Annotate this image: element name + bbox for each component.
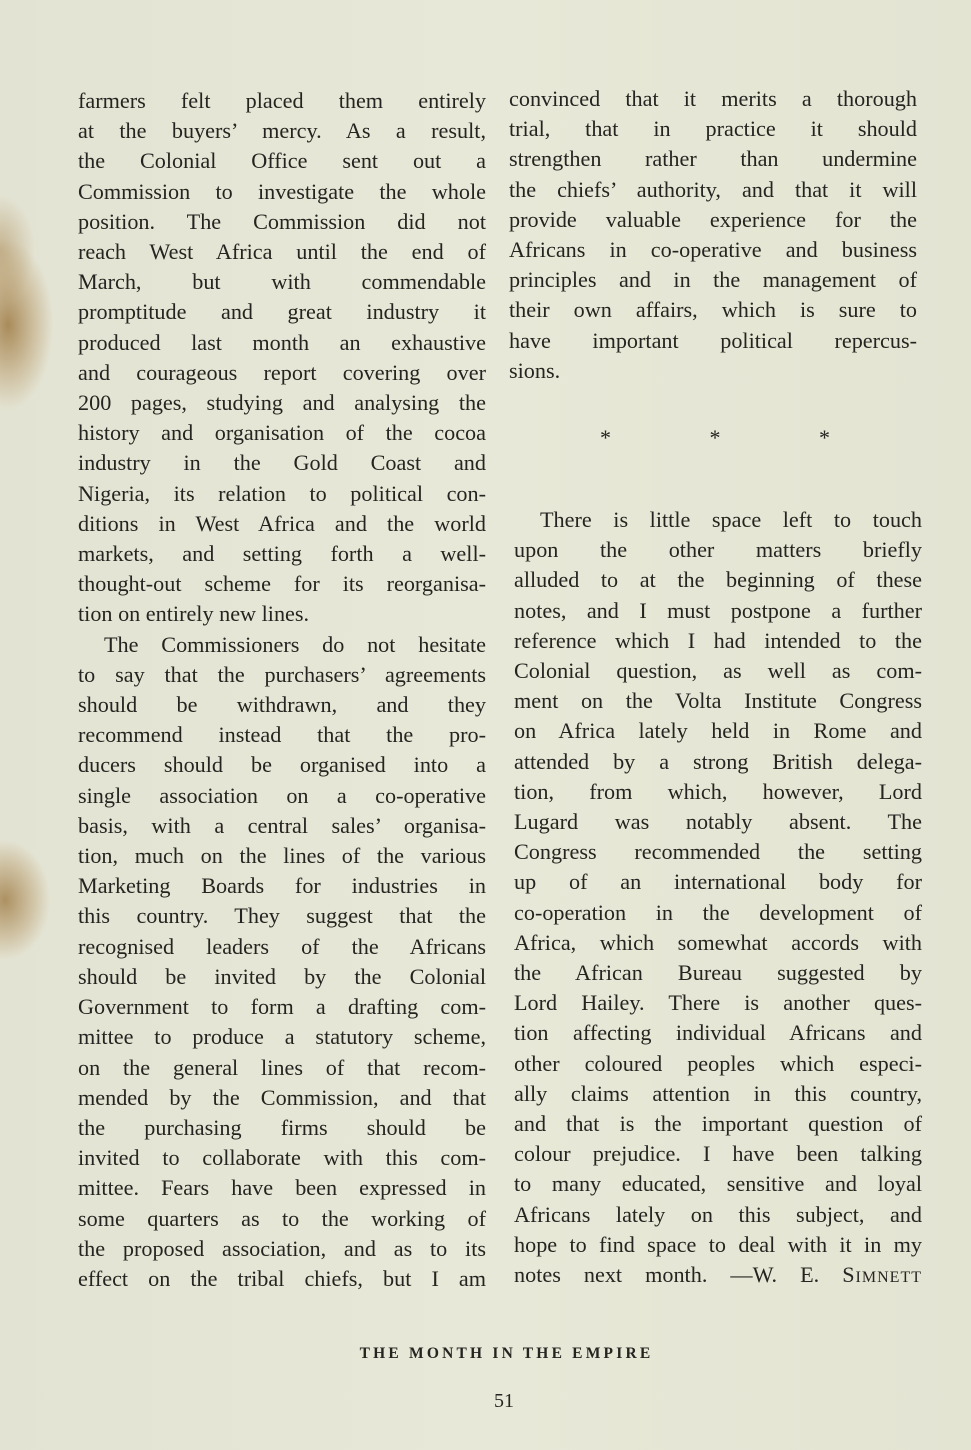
text-line: produced last month an exhaustive xyxy=(78,328,486,358)
text-line: colour prejudice. I have been talking xyxy=(514,1139,922,1169)
text-line: and courageous report covering over xyxy=(78,358,486,388)
text-line: Africa, which somewhat accords with xyxy=(514,928,922,958)
text-line: should be invited by the Colonial xyxy=(78,962,486,992)
text-line: the purchasing firms should be xyxy=(78,1113,486,1143)
text-line: mended by the Commission, and that xyxy=(78,1083,486,1113)
text-line: Colonial question, as well as com- xyxy=(514,656,922,686)
text-line: sions. xyxy=(509,356,917,386)
right-column-bottom: There is little space left to touchupon … xyxy=(514,505,922,1290)
text-line: Lord Hailey. There is another ques- xyxy=(514,988,922,1018)
right-paragraph-1: convinced that it merits a thoroughtrial… xyxy=(509,84,917,386)
text-line: on the general lines of that recom- xyxy=(78,1053,486,1083)
text-line: industry in the Gold Coast and xyxy=(78,448,486,478)
right-column-top: convinced that it merits a thoroughtrial… xyxy=(509,84,917,386)
left-paragraph-1: farmers felt placed them entirelyat the … xyxy=(78,86,486,630)
text-line: and that is the important question of xyxy=(514,1109,922,1139)
text-line: the Colonial Office sent out a xyxy=(78,146,486,176)
left-paragraph-2: The Commissioners do not hesitateto say … xyxy=(78,630,486,1294)
text-line: March, but with commendable xyxy=(78,267,486,297)
text-line: promptitude and great industry it xyxy=(78,297,486,327)
text-line: reference which I had intended to the xyxy=(514,626,922,656)
text-line: convinced that it merits a thorough xyxy=(509,84,917,114)
text-line: Africans in co-operative and business xyxy=(509,235,917,265)
text-line: farmers felt placed them entirely xyxy=(78,86,486,116)
text-line: 200 pages, studying and analysing the xyxy=(78,388,486,418)
asterisk-icon: * xyxy=(819,425,830,451)
text-line: effect on the tribal chiefs, but I am xyxy=(78,1264,486,1294)
text-line: Congress recommended the setting xyxy=(514,837,922,867)
text-line: thought-out scheme for its reorganisa- xyxy=(78,569,486,599)
text-line: Government to form a drafting com- xyxy=(78,992,486,1022)
text-line: basis, with a central sales’ organisa- xyxy=(78,811,486,841)
text-line: co-operation in the development of xyxy=(514,898,922,928)
page-number: 51 xyxy=(0,1390,971,1413)
text-line: ditions in West Africa and the world xyxy=(78,509,486,539)
text-line: on Africa lately held in Rome and xyxy=(514,716,922,746)
text-line: this country. They suggest that the xyxy=(78,901,486,931)
text-line: some quarters as to the working of xyxy=(78,1204,486,1234)
text-line: up of an international body for xyxy=(514,867,922,897)
text-line: the African Bureau suggested by xyxy=(514,958,922,988)
text-line: history and organisation of the cocoa xyxy=(78,418,486,448)
text-line: invited to collaborate with this com- xyxy=(78,1143,486,1173)
text-line: their own affairs, which is sure to xyxy=(509,295,917,325)
left-column: farmers felt placed them entirelyat the … xyxy=(78,86,486,1294)
text-line: upon the other matters briefly xyxy=(514,535,922,565)
asterisk-icon: * xyxy=(600,425,611,451)
text-line: tion, from which, however, Lord xyxy=(514,777,922,807)
text-line: Nigeria, its relation to political con- xyxy=(78,479,486,509)
text-line: mittee. Fears have been expressed in xyxy=(78,1173,486,1203)
text-line: alluded to at the beginning of these xyxy=(514,565,922,595)
text-line: should be withdrawn, and they xyxy=(78,690,486,720)
text-line: notes, and I must postpone a further xyxy=(514,596,922,626)
text-line: other coloured peoples which especi- xyxy=(514,1049,922,1079)
text-line: There is little space left to touch xyxy=(514,505,922,535)
text-line: attended by a strong British delega- xyxy=(514,747,922,777)
text-line: the chiefs’ authority, and that it will xyxy=(509,175,917,205)
running-title: THE MONTH IN THE EMPIRE xyxy=(0,1345,971,1363)
closing-line: notes next month. —W. E. Simnett xyxy=(514,1260,922,1290)
text-line: mittee to produce a statutory scheme, xyxy=(78,1022,486,1052)
text-line: Commission to investigate the whole xyxy=(78,177,486,207)
text-line: recommend instead that the pro- xyxy=(78,720,486,750)
text-line: ducers should be organised into a xyxy=(78,750,486,780)
text-line: tion on entirely new lines. xyxy=(78,599,486,629)
text-line: trial, that in practice it should xyxy=(509,114,917,144)
text-line: Lugard was notably absent. The xyxy=(514,807,922,837)
text-line: recognised leaders of the Africans xyxy=(78,932,486,962)
text-line: hope to find space to deal with it in my xyxy=(514,1230,922,1260)
text-line: Marketing Boards for industries in xyxy=(78,871,486,901)
text-line: ment on the Volta Institute Congress xyxy=(514,686,922,716)
asterisk-icon: * xyxy=(710,425,721,451)
closing-text: notes next month. —W. E. xyxy=(514,1262,842,1287)
text-line: The Commissioners do not hesitate xyxy=(78,630,486,660)
text-line: the proposed association, and as to its xyxy=(78,1234,486,1264)
text-line: tion, much on the lines of the various xyxy=(78,841,486,871)
text-line: strengthen rather than undermine xyxy=(509,144,917,174)
text-line: position. The Commission did not xyxy=(78,207,486,237)
text-line: have important political repercus- xyxy=(509,326,917,356)
text-line: to many educated, sensitive and loyal xyxy=(514,1169,922,1199)
text-line: reach West Africa until the end of xyxy=(78,237,486,267)
text-line: provide valuable experience for the xyxy=(509,205,917,235)
text-line: single association on a co-operative xyxy=(78,781,486,811)
text-line: markets, and setting forth a well- xyxy=(78,539,486,569)
author-signature: Simnett xyxy=(842,1262,922,1287)
text-line: principles and in the management of xyxy=(509,265,917,295)
text-line: tion affecting individual Africans and xyxy=(514,1018,922,1048)
text-line: at the buyers’ mercy. As a result, xyxy=(78,116,486,146)
text-line: Africans lately on this subject, and xyxy=(514,1200,922,1230)
text-line: to say that the purchasers’ agreements xyxy=(78,660,486,690)
right-paragraph-2: There is little space left to touchupon … xyxy=(514,505,922,1260)
section-separator: * * * xyxy=(600,425,830,451)
text-line: ally claims attention in this country, xyxy=(514,1079,922,1109)
